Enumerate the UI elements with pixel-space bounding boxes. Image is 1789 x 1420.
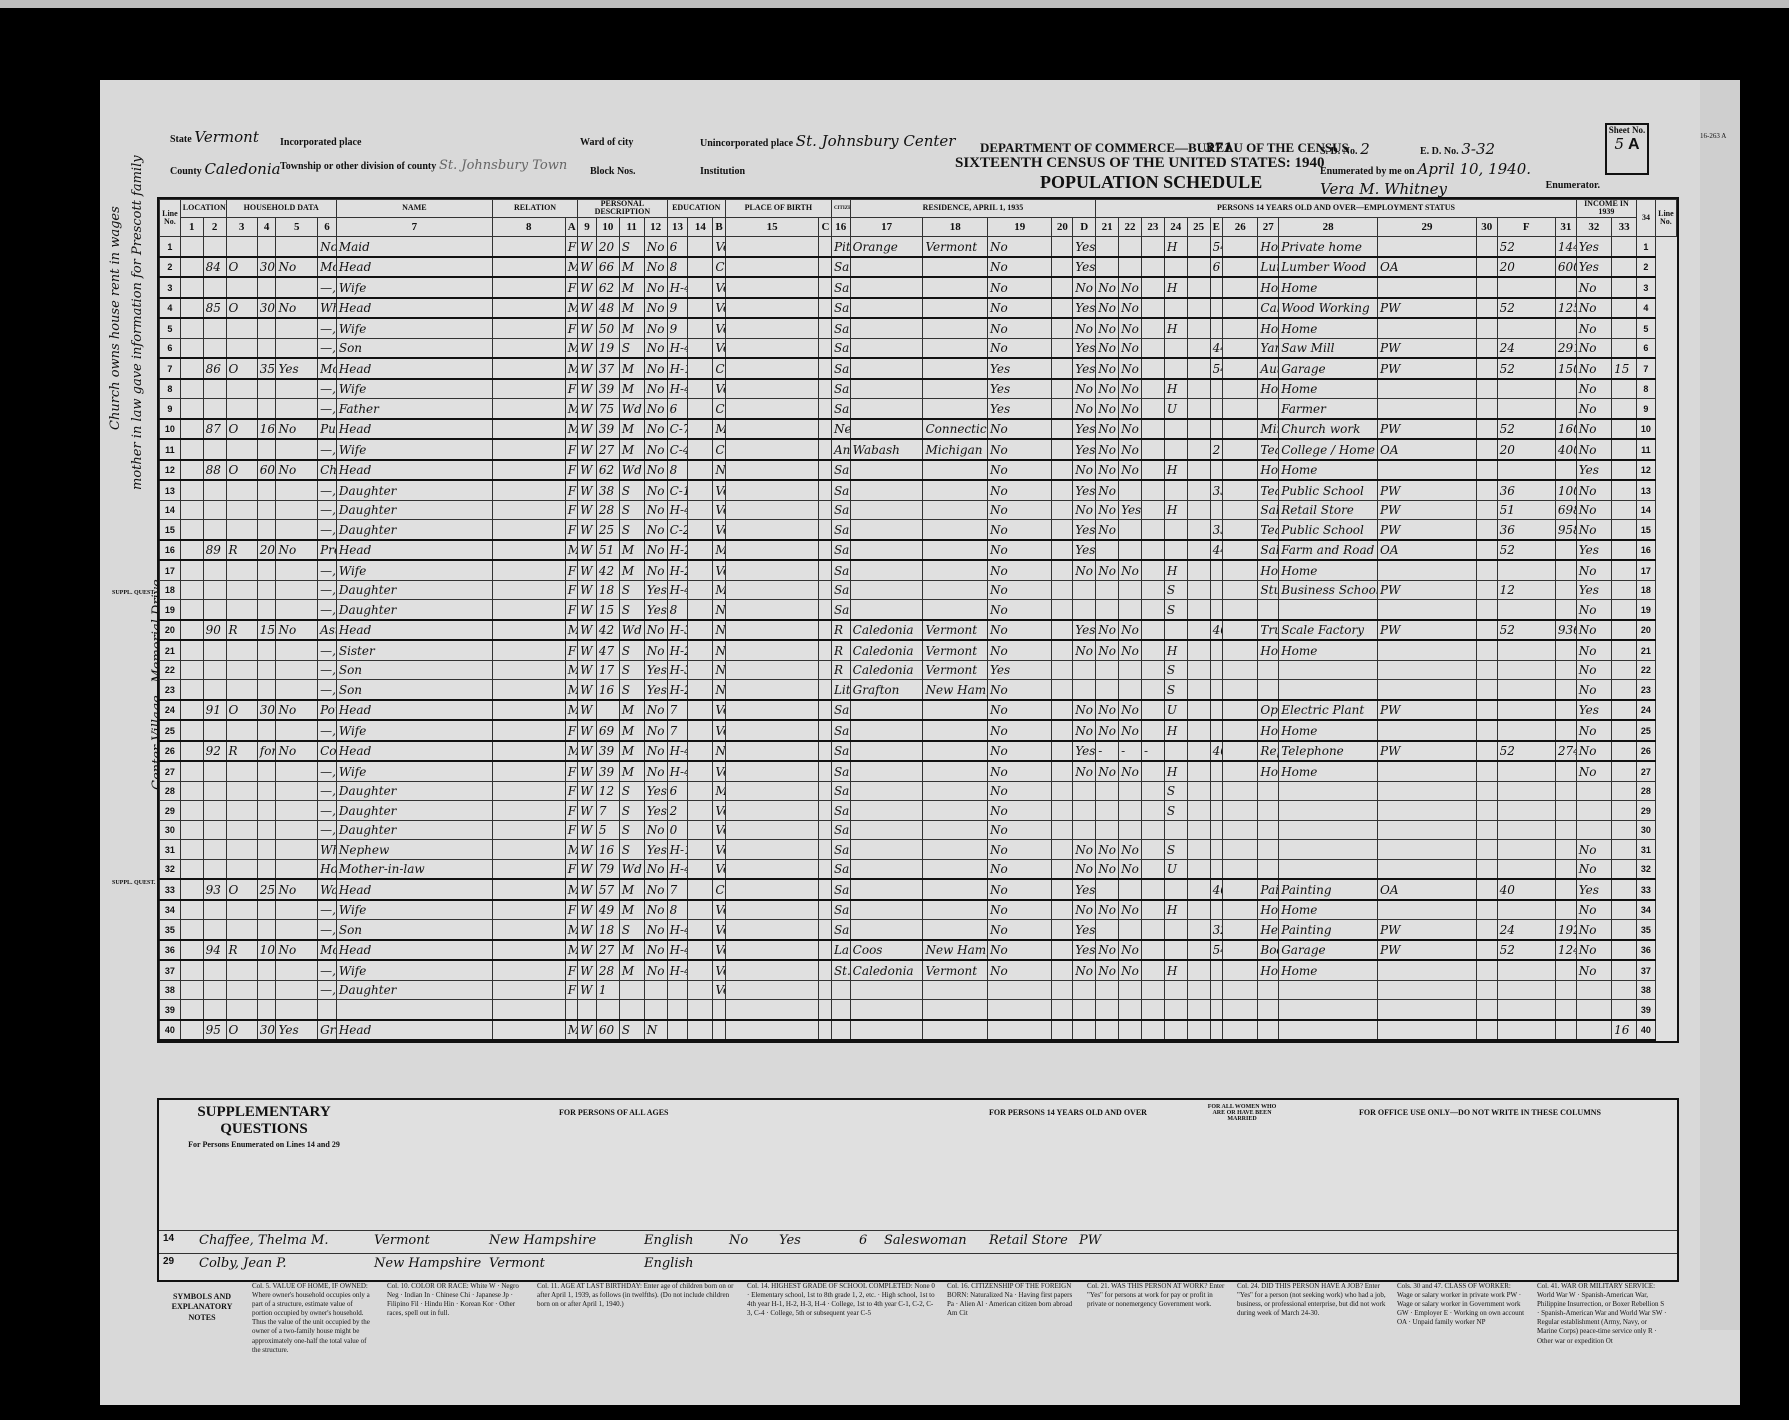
cell-rel: Daughter (336, 980, 492, 1000)
cell-c21 (1073, 1000, 1096, 1020)
cell-rel: Daughter (336, 820, 492, 840)
cell-blank (1476, 960, 1497, 980)
cell-cow (1378, 1000, 1477, 1020)
cell-age: 12 (596, 781, 619, 801)
cell-blank (819, 840, 831, 860)
cell-age: 18 (596, 580, 619, 600)
line-number: 24 (160, 700, 181, 721)
cell-blank (688, 318, 713, 338)
header-place-of-birth: PLACE OF BIRTH (725, 200, 831, 218)
cell-name: —, Margery E. (318, 980, 337, 1000)
cell-blank (1223, 500, 1258, 520)
cell-ind: Public School (1279, 520, 1378, 540)
cell-blank (688, 660, 713, 680)
cell-birth: Maine (713, 540, 726, 561)
cell-rel: Sister (336, 640, 492, 660)
column-number: B (713, 217, 726, 237)
cell-blank (492, 960, 565, 980)
cell-sch: Yes (644, 680, 667, 700)
cell-age: 42 (596, 560, 619, 580)
cell-cow (1378, 560, 1477, 580)
cell-c26: 54 (1210, 237, 1222, 257)
cell-cow: OA (1378, 439, 1477, 460)
cell-c22: No (1096, 480, 1119, 500)
cell-farm35: No (987, 318, 1052, 338)
cell-c34 (1612, 840, 1637, 860)
cell-val (257, 820, 276, 840)
cell-birth (713, 1020, 726, 1041)
cell-ow (226, 520, 257, 540)
cell-res-state: New Hampshire (923, 940, 988, 961)
block-label: Block Nos. (590, 166, 636, 177)
cell-hh (203, 480, 226, 500)
cell-c23 (1119, 781, 1142, 801)
line-number: 28 (160, 781, 181, 801)
cell-name: —, Julia L. ⊗ (318, 720, 337, 741)
cell-c34: 16 (1612, 1020, 1637, 1041)
cell-val: 10 (257, 940, 276, 961)
cell-blank (180, 859, 203, 879)
cell-val (257, 439, 276, 460)
cell-occ: Operator (1258, 700, 1279, 721)
cell-grade: H-4 (667, 859, 688, 879)
cell-blank (180, 640, 203, 660)
line-number: 17 (1637, 560, 1656, 580)
cell-birth: Vermont (713, 720, 726, 741)
cell-rel: Wife (336, 720, 492, 741)
cell-c21: Yes (1073, 620, 1096, 641)
cell-blank (725, 820, 819, 840)
cell-res-city: R (831, 660, 850, 680)
cell-inc (1555, 781, 1576, 801)
cell-blank (180, 761, 203, 781)
column-number: 9 (578, 217, 597, 237)
cell-race: W (578, 439, 597, 460)
cell-blank (1052, 900, 1073, 920)
cell-blank (1187, 920, 1210, 940)
cell-c26 (1210, 801, 1222, 821)
cell-birth: Vermont (713, 801, 726, 821)
cell-farm35: Yes (987, 358, 1052, 379)
cell-ms: S (619, 580, 644, 600)
cell-ind (1279, 600, 1378, 620)
cell-blank (688, 1020, 713, 1041)
cell-rel: Head (336, 419, 492, 440)
cell-c23: No (1119, 277, 1142, 298)
cell-inc (1555, 399, 1576, 419)
cell-farm35: No (987, 879, 1052, 900)
cell-blank (1187, 980, 1210, 1000)
cell-cow (1378, 761, 1477, 781)
table-row: 786O3500YesMcReynolds, Walter J.HeadMW37… (160, 358, 1677, 379)
census-title-text: SIXTEENTH CENSUS OF THE UNITED STATES: 1… (955, 155, 1325, 171)
cell-ind (1279, 820, 1378, 840)
cell-ow: O (226, 460, 257, 481)
cell-rel: Son (336, 660, 492, 680)
cell-blank (1476, 318, 1497, 338)
cell-farm (276, 237, 318, 257)
cell-occ: Teaching music / Housework (1258, 439, 1279, 460)
cell-occ: Teacher (1258, 480, 1279, 500)
cell-val (257, 980, 276, 1000)
sd-field: S. D. No. 2 (1320, 140, 1370, 158)
cell-c22: No (1096, 500, 1119, 520)
column-number: 20 (1052, 217, 1073, 237)
line-number: 38 (1637, 980, 1656, 1000)
cell-grade (667, 1000, 688, 1020)
note-col10: Col. 10. COLOR OR RACE: White W · Negro … (387, 1282, 527, 1318)
cell-res-county (850, 560, 923, 580)
cell-blank (492, 460, 565, 481)
supp-veteran: No (729, 1233, 748, 1248)
cell-blank (492, 680, 565, 700)
cell-race: W (578, 580, 597, 600)
cell-blank (725, 237, 819, 257)
cell-age: 51 (596, 540, 619, 561)
cell-wks (1497, 560, 1555, 580)
cell-c24 (1141, 879, 1164, 900)
cell-cow: OA (1378, 257, 1477, 278)
cell-cow: PW (1378, 700, 1477, 721)
cell-oth: Yes (1576, 879, 1611, 900)
cell-ow: R (226, 940, 257, 961)
cell-blank (1223, 318, 1258, 338)
header-farm-schedule: 34 (1637, 200, 1656, 237)
cell-race: W (578, 338, 597, 358)
cell-cow (1378, 859, 1477, 879)
cell-c21: No (1073, 460, 1096, 481)
supp-group-women: FOR ALL WOMEN WHO ARE OR HAVE BEEN MARRI… (1207, 1104, 1277, 1122)
cell-age: 16 (596, 840, 619, 860)
cell-wks (1497, 700, 1555, 721)
cell-farm35: Yes (987, 379, 1052, 399)
cell-blank (492, 640, 565, 660)
cell-wks (1497, 399, 1555, 419)
cell-name: —, Bessie L. ⊗ (318, 318, 337, 338)
cell-blank (180, 277, 203, 298)
cell-name: —, Robert D. (318, 680, 337, 700)
cell-hh (203, 900, 226, 920)
cell-grade: 7 (667, 700, 688, 721)
cell-race: W (578, 419, 597, 440)
cell-res-county (850, 801, 923, 821)
cell-c25 (1164, 920, 1187, 940)
cell-sex: F (565, 379, 577, 399)
cell-c21: No (1073, 560, 1096, 580)
cell-blank (819, 640, 831, 660)
cell-blank (1223, 940, 1258, 961)
cell-oth (1576, 1000, 1611, 1020)
column-number: 2 (203, 217, 226, 237)
line-number: 6 (160, 338, 181, 358)
cell-blank (180, 600, 203, 620)
cell-farm35: No (987, 761, 1052, 781)
cell-ind (1279, 980, 1378, 1000)
line-number: 10 (1637, 419, 1656, 440)
cell-grade (667, 980, 688, 1000)
cell-res-state (923, 840, 988, 860)
ed-label: E. D. No. (1420, 146, 1459, 157)
cell-blank (1052, 879, 1073, 900)
cell-res-city: Same house (831, 318, 850, 338)
cell-oth: No (1576, 399, 1611, 419)
cell-blank (688, 379, 713, 399)
cell-ind: Home (1279, 560, 1378, 580)
cell-res-state (923, 399, 988, 419)
state-label: State (170, 134, 192, 145)
cell-blank (1476, 460, 1497, 481)
cell-c22: No (1096, 720, 1119, 741)
cell-race: W (578, 640, 597, 660)
cell-c24 (1141, 801, 1164, 821)
cell-wks: 52 (1497, 540, 1555, 561)
cell-res-city: Same house (831, 580, 850, 600)
cell-cow (1378, 237, 1477, 257)
cell-ind: Home (1279, 640, 1378, 660)
cell-c24 (1141, 1000, 1164, 1020)
cell-blank (1187, 480, 1210, 500)
cell-blank (725, 399, 819, 419)
cell-blank (688, 600, 713, 620)
cell-c24 (1141, 840, 1164, 860)
cell-blank (819, 520, 831, 540)
note-col21: Col. 21. WAS THIS PERSON AT WORK? Enter … (1087, 1282, 1227, 1309)
cell-c25: H (1164, 640, 1187, 660)
note-col5: Col. 5. VALUE OF HOME, IF OWNED: Where o… (252, 1282, 372, 1355)
state-field: State Vermont (170, 128, 259, 146)
cell-ind (1279, 859, 1378, 879)
cell-ind: Lumber Wood (1279, 257, 1378, 278)
table-row: 4095O3000YesGray, EdwinHeadMW60SN1640 (160, 1020, 1677, 1041)
cell-blank (688, 419, 713, 440)
cell-inc: 958 (1555, 520, 1576, 540)
cell-age: 7 (596, 801, 619, 821)
cell-name: —, Ruth S. ⊗ (318, 439, 337, 460)
cell-c34 (1612, 580, 1637, 600)
cell-farm: No (276, 257, 318, 278)
cell-sex: F (565, 560, 577, 580)
cell-c34: 15 (1612, 358, 1637, 379)
cell-blank (1223, 920, 1258, 940)
cell-blank (1476, 680, 1497, 700)
cell-blank (1476, 500, 1497, 520)
cell-blank (492, 419, 565, 440)
cell-blank (180, 560, 203, 580)
cell-sex: F (565, 580, 577, 600)
cell-occ (1258, 600, 1279, 620)
cell-name: Watts, Benjamin G. ⊗ (318, 879, 337, 900)
cell-oth: Yes (1576, 257, 1611, 278)
cell-val: 3000 (257, 298, 276, 319)
cell-race: W (578, 840, 597, 860)
cell-grade: H-2 (667, 560, 688, 580)
line-number: 16 (160, 540, 181, 561)
cell-inc (1555, 560, 1576, 580)
cell-c26 (1210, 640, 1222, 660)
cell-hh: 87 (203, 419, 226, 440)
cell-blank (1223, 520, 1258, 540)
cell-val (257, 277, 276, 298)
cell-c24 (1141, 419, 1164, 440)
cell-blank (688, 399, 713, 419)
cell-birth: Vermont (713, 500, 726, 520)
cell-sch: No (644, 720, 667, 741)
cell-res-county (850, 820, 923, 840)
column-number: D (1073, 217, 1096, 237)
cell-occ: Repair man (1258, 741, 1279, 762)
cell-c21 (1073, 680, 1096, 700)
cell-val (257, 640, 276, 660)
cell-hh (203, 820, 226, 840)
cell-res-city: New Haven (831, 419, 850, 440)
cell-blank (1223, 399, 1258, 419)
cell-c34 (1612, 277, 1637, 298)
cell-c22 (1096, 879, 1119, 900)
cell-blank (688, 460, 713, 481)
cell-occ: Housework (1258, 277, 1279, 298)
cell-blank (1223, 1000, 1258, 1020)
cell-val (257, 801, 276, 821)
cell-name: —, Jean P. (318, 801, 337, 821)
cell-c24 (1141, 920, 1164, 940)
cell-ms: M (619, 358, 644, 379)
cell-blank (492, 358, 565, 379)
cell-cow: OA (1378, 540, 1477, 561)
cell-res-city: Same house (831, 379, 850, 399)
cell-farm35 (987, 1000, 1052, 1020)
cell-oth: No (1576, 859, 1611, 879)
cell-inc (1555, 318, 1576, 338)
cell-sex: F (565, 439, 577, 460)
cell-cow: PW (1378, 620, 1477, 641)
cell-grade: 8 (667, 257, 688, 278)
cell-blank (492, 520, 565, 540)
cell-sch: Yes (644, 801, 667, 821)
cell-blank (1223, 781, 1258, 801)
cell-blank (1476, 820, 1497, 840)
cell-res-county (850, 720, 923, 741)
cell-c23: Yes (1119, 500, 1142, 520)
table-row: 1288O6000NoChaffee, Mabel P. ⊗HeadFW62Wd… (160, 460, 1677, 481)
cell-blank (688, 920, 713, 940)
cell-oth: No (1576, 520, 1611, 540)
cell-res-county (850, 920, 923, 940)
cell-res-state (923, 820, 988, 840)
notes-title: SYMBOLS AND EXPLANATORY NOTES (167, 1292, 237, 1323)
cell-birth: Vermont (713, 520, 726, 540)
cell-oth: Yes (1576, 540, 1611, 561)
cell-rel: Wife (336, 960, 492, 980)
cell-sex: F (565, 859, 577, 879)
cell-res-state (923, 700, 988, 721)
supp-line: 14 (163, 1233, 174, 1244)
cell-ms: M (619, 277, 644, 298)
cell-blank (819, 820, 831, 840)
cell-blank (819, 237, 831, 257)
cell-c24 (1141, 540, 1164, 561)
cell-blank (492, 801, 565, 821)
cell-blank (180, 720, 203, 741)
cell-grade: C-7 (667, 419, 688, 440)
cell-blank (1052, 960, 1073, 980)
cell-c22: No (1096, 620, 1119, 641)
cell-res-city (831, 1020, 850, 1041)
cell-blank (1052, 820, 1073, 840)
cell-ms: M (619, 257, 644, 278)
cell-ms: S (619, 840, 644, 860)
cell-blank (180, 460, 203, 481)
cell-c26: 44 (1210, 540, 1222, 561)
cell-blank (819, 980, 831, 1000)
cell-farm (276, 801, 318, 821)
cell-hh (203, 399, 226, 419)
cell-c23 (1119, 680, 1142, 700)
cell-c24 (1141, 560, 1164, 580)
cell-c26 (1210, 900, 1222, 920)
cell-blank (492, 720, 565, 741)
cell-race: W (578, 1020, 597, 1041)
cell-c25 (1164, 620, 1187, 641)
cell-blank (180, 700, 203, 721)
cell-ow (226, 338, 257, 358)
cell-c34 (1612, 761, 1637, 781)
cell-ms: S (619, 1020, 644, 1041)
cell-grade: H-4 (667, 940, 688, 961)
supplementary-subtitle: For Persons Enumerated on Lines 14 and 2… (169, 1140, 359, 1149)
cell-occ: Helper (1258, 920, 1279, 940)
cell-blank (492, 439, 565, 460)
cell-c25 (1164, 940, 1187, 961)
cell-c21 (1073, 1020, 1096, 1041)
cell-val: 3000 (257, 257, 276, 278)
cell-age: 17 (596, 660, 619, 680)
cell-wks: 52 (1497, 741, 1555, 762)
cell-ow (226, 660, 257, 680)
cell-wks (1497, 277, 1555, 298)
cell-sch: No (644, 741, 667, 762)
cell-blank (725, 600, 819, 620)
cell-val (257, 840, 276, 860)
cell-race: W (578, 298, 597, 319)
cell-sex: M (565, 741, 577, 762)
cell-c26 (1210, 720, 1222, 741)
cell-occ: Housework (1258, 960, 1279, 980)
cell-c23: No (1119, 419, 1142, 440)
table-row: 2692Rfor repairsNoColby, Clarence F. ⊗He… (160, 741, 1677, 762)
cell-sex: F (565, 520, 577, 540)
cell-c22 (1096, 237, 1119, 257)
cell-res-county: Caledonia (850, 620, 923, 641)
cell-res-county (850, 460, 923, 481)
cell-blank (688, 520, 713, 540)
cell-name: —, Hazel E. ⊗ (318, 379, 337, 399)
cell-rel: Daughter (336, 801, 492, 821)
cell-blank (1476, 540, 1497, 561)
cell-wks (1497, 1020, 1555, 1041)
cell-hh: 86 (203, 358, 226, 379)
cell-name: Prescott, Allen C. (318, 540, 337, 561)
cell-c25: H (1164, 761, 1187, 781)
cell-c34 (1612, 560, 1637, 580)
cell-age: 62 (596, 460, 619, 481)
cell-blank (1223, 859, 1258, 879)
cell-cow (1378, 277, 1477, 298)
cell-inc (1555, 960, 1576, 980)
cell-blank (1187, 277, 1210, 298)
cell-ms: S (619, 801, 644, 821)
cell-farm35: No (987, 277, 1052, 298)
cell-blank (1223, 298, 1258, 319)
